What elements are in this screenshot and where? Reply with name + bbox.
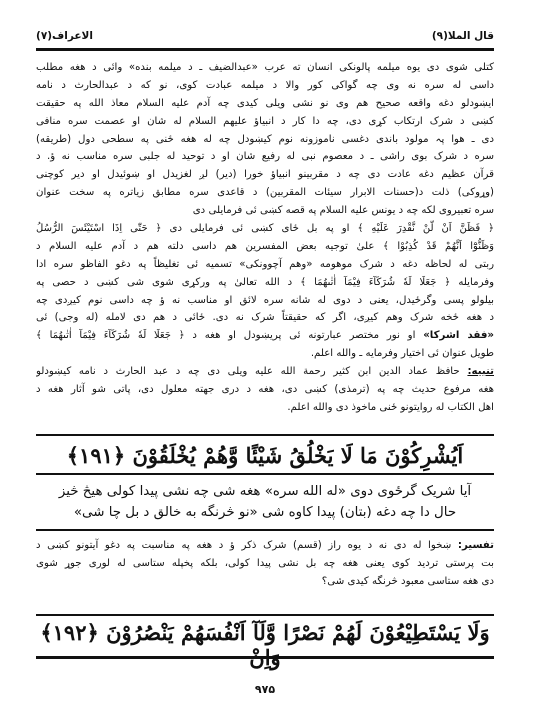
- commentary-line: سره تعبیروی لکه چه د یونس علیه السلام په…: [36, 202, 494, 220]
- tafsir-line: تفسیر: ښخوا له دی نه د یوه راز (قسم) شرک…: [36, 537, 494, 555]
- verse-line: وفرمایله ﴿ جَعَلَا لَهٗ شُرَكَآءَ فِيْمَ…: [36, 274, 494, 292]
- verse-line: ﴿ فَظَنَّ اَنْ لَّنْ نَّقْدِرَ عَلَيْهِ …: [36, 220, 494, 238]
- translation-block: آیا شریک گرځوی دوی «له الله سره» هغه شی …: [36, 481, 494, 523]
- verse-ornament-close: ﴾: [300, 277, 306, 288]
- page-number: ۹۷۵: [36, 683, 494, 696]
- running-header: قال الملا(۹) الاعراف(۷): [36, 30, 494, 44]
- commentary-text: او په بل ځای کښی ئی فرمایلی دی: [170, 223, 350, 234]
- section-rule: [36, 614, 494, 616]
- tanbih-line: اهل الکتاب له روایتونو ځنی ماخوذ دی والل…: [36, 399, 494, 417]
- tafsir-line: دی هغه ستاسی معبود څرنگه کیدی شی؟: [36, 573, 494, 591]
- quran-verse-192: وَلَا يَسْتَطِيْعُوْنَ لَهُمْ نَصْرًا وَ…: [36, 620, 494, 670]
- tafsir-line: بت پرستی تردید کوی یعنی هغه چه بل نشی پی…: [36, 555, 494, 573]
- commentary-line: ایښودلو دغه واقعه صحیح هم وی نو نشی ویلی…: [36, 95, 494, 113]
- commentary-text: او نور مختصر عبارتونه ئی پریښودل او هغه …: [192, 330, 415, 341]
- verse-line: «فقد اشرکا» او نور مختصر عبارتونه ئی پری…: [36, 327, 494, 345]
- quran-quote-verse: حَتّٰى اِذَا اسْتَيْئَسَ الرُّسُلُ: [36, 223, 148, 234]
- section-rule: [36, 529, 494, 531]
- commentary-text: علیٰ توجیه بعض المفسرین هم داسی دلته هم …: [36, 241, 374, 252]
- verse-ornament-open: ﴿: [488, 223, 494, 234]
- header-section-title: قال الملا(۹): [432, 30, 494, 42]
- quran-quote-verse: فَظَنَّ اَنْ لَّنْ نَّقْدِرَ عَلَيْهِ: [371, 223, 480, 234]
- quran-verse-191: اَيُشْرِكُوْنَ مَا لَا يَخْلُقُ شَيْئًا …: [36, 443, 494, 468]
- verse-ornament-close: ﴾: [383, 241, 389, 252]
- tanbih-line: تنبیه: حافظ عماد الدین ابن کثیر رحمة الل…: [36, 363, 494, 381]
- commentary-line: بیلولو پسی وگرځیدل، یعنی د دوی له شانه س…: [36, 292, 494, 310]
- commentary-text: وفرمایله: [458, 277, 494, 288]
- commentary-line: کښی د شرک ارتکاب کړی دی، چه دا کار د انب…: [36, 113, 494, 131]
- header-rule: [36, 48, 494, 51]
- verse-ornament-close: ﴾: [358, 223, 364, 234]
- tanbih-text: حافظ عماد الدین ابن کثیر رحمة الله علیه …: [36, 366, 460, 377]
- document-page: قال الملا(۹) الاعراف(۷) کتلی شوی دی یوه …: [36, 0, 494, 712]
- section-rule: [36, 473, 494, 475]
- translation-line: حال دا چه دغه (بتان) پیدا کاوه شی «نو څر…: [36, 502, 494, 523]
- commentary-text: د الله تعالیٰ په ورکړی شوی شی کښی د حصی …: [36, 277, 292, 288]
- bold-quote: «فقد اشرکا»: [423, 330, 494, 341]
- section-rule: [36, 434, 494, 436]
- verse-ornament-open: ﴿: [444, 277, 450, 288]
- commentary-line: سره د شرک بوی راشی ـ د معصوم نبی له رفیع…: [36, 148, 494, 166]
- header-surah-title: الاعراف(۷): [36, 30, 93, 42]
- quran-quote-verse: وَظَنُّوْٓا اَنَّهُمْ قَدْ كُذِبُوْا: [397, 241, 494, 252]
- quran-quote-verse: جَعَلَا لَهٗ شُرَكَآءَ فِيْمَآ اٰتٰىهُمَ…: [314, 277, 436, 288]
- quran-quote-verse: جَعَلَا لَهٗ شُرَكَآءَ فِيْمَآ اٰتٰىهُمَ…: [50, 330, 171, 341]
- tafsir-label: تفسیر:: [458, 540, 494, 551]
- footer-rule: [36, 656, 494, 659]
- tanbih-line: هغه مرفوع حدیث چه په (ترمذی) کښی دی، هغه…: [36, 381, 494, 399]
- commentary-line: کتلی شوی دی یوه میلمه پالونکی انسان ته ع…: [36, 59, 494, 77]
- verse-ornament-open: ﴿: [179, 330, 185, 341]
- commentary-line: (وړوکی) ذلت د(حسنات الابرار سیئات المقرب…: [36, 184, 494, 202]
- commentary-line: دی ـ هوا پہ مولود باندی دغسی ناموزونه نو…: [36, 131, 494, 149]
- commentary-line: ربتی له لحاظه دغه د شرک موهومه «وهم آچوو…: [36, 256, 494, 274]
- commentary-line: د هغه ځخه شرک وهم کیږی، اگر که حقیقتاً ش…: [36, 309, 494, 327]
- commentary-line: طویل عنوان ئی اختیار وفرمایه ـ والله اعل…: [36, 345, 494, 363]
- tafsir-block: تفسیر: ښخوا له دی نه د یوه راز (قسم) شرک…: [36, 537, 494, 591]
- verse-line: وَظَنُّوْٓا اَنَّهُمْ قَدْ كُذِبُوْا ﴾ ع…: [36, 238, 494, 256]
- verse-ornament-close: ﴾: [36, 330, 42, 341]
- tafsir-text: ښخوا له دی نه د یوه راز (قسم) شرک ذکر ؤ …: [36, 540, 451, 551]
- commentary-line: داسی له سره نه وی چه گواکی کور والا د می…: [36, 77, 494, 95]
- commentary-line: قرآن عظیم دغه عادت دی چه د مقربینو انبیا…: [36, 166, 494, 184]
- tanbih-label: تنبیه:: [467, 366, 494, 377]
- commentary-block: کتلی شوی دی یوه میلمه پالونکی انسان ته ع…: [36, 59, 494, 417]
- translation-line: آیا شریک گرځوی دوی «له الله سره» هغه شی …: [36, 481, 494, 502]
- verse-ornament-open: ﴿: [156, 223, 162, 234]
